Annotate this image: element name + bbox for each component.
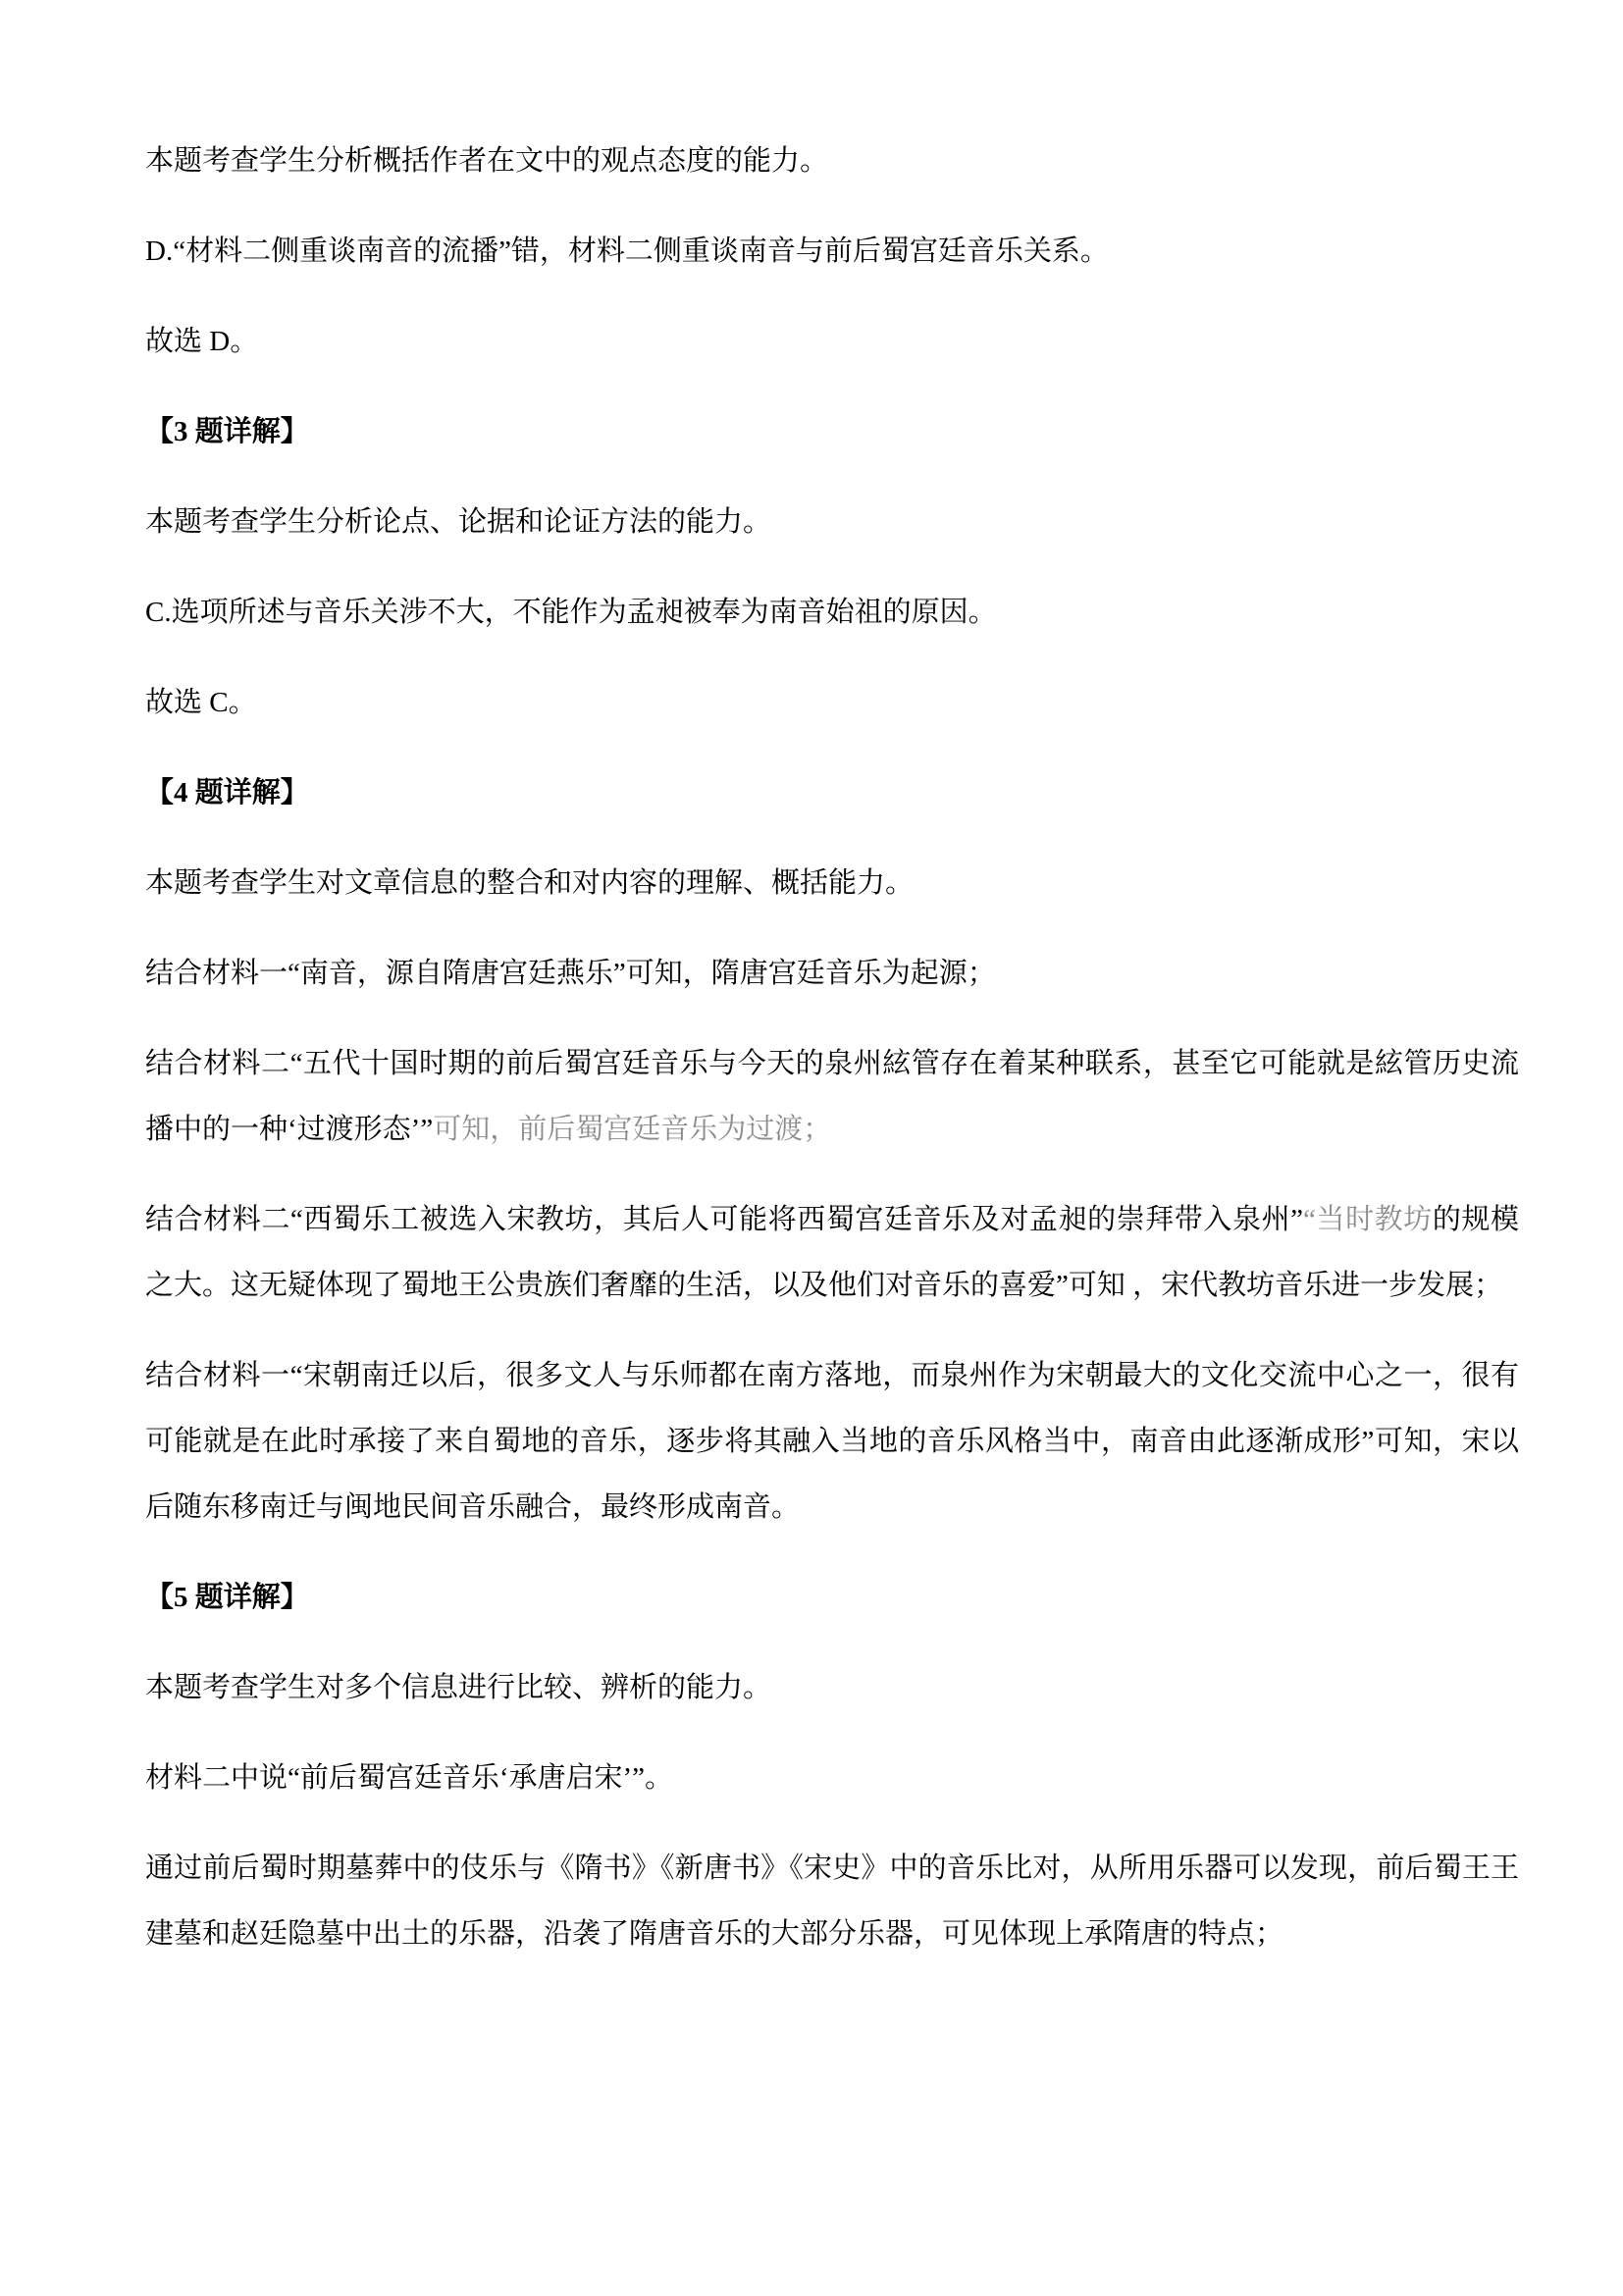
paragraph: 结合材料二“西蜀乐工被选入宋教坊，其后人可能将西蜀宫廷音乐及对孟昶的崇拜带入泉州… [145,1187,1519,1319]
paragraph: 结合材料一“南音，源自隋唐宫廷燕乐”可知，隋唐宫廷音乐为起源； [145,941,1519,1007]
text-segment: 通过前后蜀时期墓葬中的伎乐与《隋书》《新唐书》《宋史》中的音乐比对，从所用乐器可… [145,1852,1519,1950]
text-segment: C.选项所述与音乐关涉不大，不能作为孟昶被奉为南音始祖的原因。 [145,597,997,628]
paragraph-container: 本题考查学生分析概括作者在文中的观点态度的能力。D.“材料二侧重谈南音的流播”错… [145,129,1519,1967]
text-segment: 本题考查学生分析论点、论据和论证方法的能力。 [145,506,771,538]
paragraph: 本题考查学生分析论点、论据和论证方法的能力。 [145,490,1519,555]
paragraph: C.选项所述与音乐关涉不大，不能作为孟昶被奉为南音始祖的原因。 [145,580,1519,646]
text-segment: 故选 C。 [145,687,257,718]
paragraph: 故选 D。 [145,309,1519,375]
section-heading: 【4 题详解】 [145,760,1519,826]
heading-text: 【3 题详解】 [145,416,309,447]
paragraph: D.“材料二侧重谈南音的流播”错，材料二侧重谈南音与前后蜀宫廷音乐关系。 [145,219,1519,285]
section-heading: 【5 题详解】 [145,1565,1519,1631]
paragraph: 通过前后蜀时期墓葬中的伎乐与《隋书》《新唐书》《宋史》中的音乐比对，从所用乐器可… [145,1836,1519,1967]
paragraph: 材料二中说“前后蜀宫廷音乐‘承唐启宋’”。 [145,1746,1519,1811]
text-segment: 本题考查学生对文章信息的整合和对内容的理解、概括能力。 [145,867,914,899]
text-segment: 可知，前后蜀宫廷音乐为过渡； [433,1114,831,1145]
text-segment: 本题考查学生对多个信息进行比较、辨析的能力。 [145,1672,771,1703]
text-segment: 结合材料二“五代十国时期的前后蜀宫廷音乐与今天的泉州絃管存在着某种联系，甚至它可… [145,1048,1519,1145]
heading-text: 【4 题详解】 [145,777,309,809]
paragraph: 故选 C。 [145,670,1519,736]
paragraph: 本题考查学生分析概括作者在文中的观点态度的能力。 [145,129,1519,194]
text-segment: 本题考查学生分析概括作者在文中的观点态度的能力。 [145,145,828,177]
text-segment: “当时教坊 [1303,1204,1433,1235]
paragraph: 本题考查学生对文章信息的整合和对内容的理解、概括能力。 [145,851,1519,916]
heading-text: 【5 题详解】 [145,1582,309,1613]
paragraph: 本题考查学生对多个信息进行比较、辨析的能力。 [145,1655,1519,1721]
paragraph: 结合材料二“五代十国时期的前后蜀宫廷音乐与今天的泉州絃管存在着某种联系，甚至它可… [145,1031,1519,1163]
section-heading: 【3 题详解】 [145,399,1519,465]
text-segment: 故选 D。 [145,326,258,357]
paragraph: 结合材料一“宋朝南迁以后，很多文人与乐师都在南方落地，而泉州作为宋朝最大的文化交… [145,1343,1519,1540]
text-segment: 材料二中说“前后蜀宫廷音乐‘承唐启宋’”。 [145,1762,673,1794]
text-segment: 结合材料二“西蜀乐工被选入宋教坊，其后人可能将西蜀宫廷音乐及对孟昶的崇拜带入泉州… [145,1204,1303,1235]
text-segment: 结合材料一“宋朝南迁以后，很多文人与乐师都在南方落地，而泉州作为宋朝最大的文化交… [145,1360,1519,1523]
text-segment: 结合材料一“南音，源自隋唐宫廷燕乐”可知，隋唐宫廷音乐为起源； [145,958,996,989]
document-page: 本题考查学生分析概括作者在文中的观点态度的能力。D.“材料二侧重谈南音的流播”错… [0,0,1623,2296]
text-segment: D.“材料二侧重谈南音的流播”错，材料二侧重谈南音与前后蜀宫廷音乐关系。 [145,235,1109,267]
